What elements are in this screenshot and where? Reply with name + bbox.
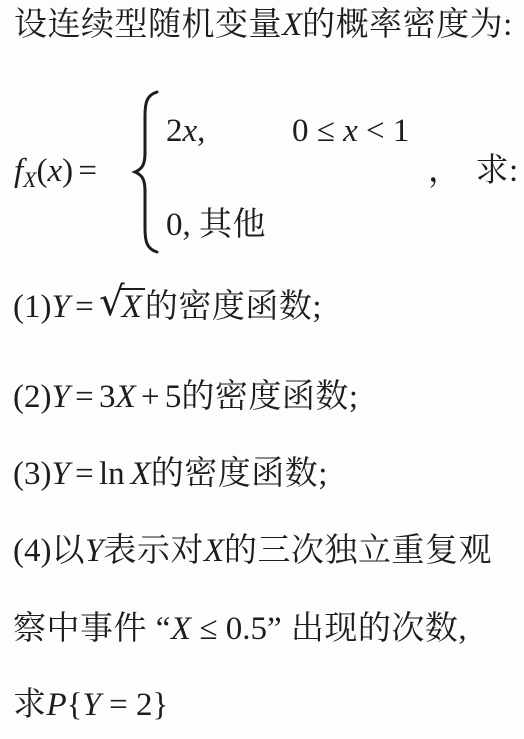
question-3-suffix: 的密度函数; (151, 456, 328, 492)
intro-text-pre: 设连续型随机变量 (14, 7, 282, 43)
function-f: f (14, 153, 23, 189)
event-condition: ≤ 0.5 (191, 611, 267, 647)
coefficient-2: 2 (166, 113, 183, 149)
variable-y: Y (83, 687, 101, 723)
comma: , (197, 113, 205, 149)
item-number-3: (3) (13, 456, 51, 492)
left-curly-brace (130, 89, 164, 255)
case1-expression: 2x, (166, 110, 205, 152)
variable-y: Y (85, 533, 103, 569)
variable-x: X (131, 456, 151, 492)
zero-value: 0, (166, 207, 199, 243)
item-number-1: (1) (13, 289, 51, 325)
variable-x: X (116, 379, 136, 415)
q4-text-tail: 的三次独立重复观 (224, 533, 492, 569)
condition-lower-bound: 0 ≤ (292, 113, 343, 149)
intro-line: 设连续型随机变量X的概率密度为: (14, 4, 513, 46)
curly-close: } (153, 687, 169, 723)
math-problem-page: 设连续型随机变量X的概率密度为: fX(x)= 2x, 0 ≤ x < 1 0,… (0, 0, 524, 739)
probability-p: P (47, 687, 67, 723)
equals-sign: = (73, 153, 102, 189)
case2-expression: 0, 其他 (166, 204, 266, 246)
q4-row2-pre: 察中事件 “ (13, 611, 171, 647)
item-number-4: (4) (13, 533, 51, 569)
case1-condition: 0 ≤ x < 1 (292, 110, 409, 152)
variable-y: Y (51, 289, 69, 325)
plus-sign: + (136, 379, 165, 415)
subscript-x: X (23, 168, 36, 192)
equation-lhs: fX(x)= (14, 150, 102, 201)
equals-two: = 2 (101, 687, 153, 723)
q4-row2-post: ” 出现的次数, (267, 611, 467, 647)
coefficient-3: 3 (99, 379, 116, 415)
question-4-row-2: 察中事件 “X ≤ 0.5” 出现的次数, (13, 608, 467, 650)
variable-x-small: x (183, 113, 198, 149)
condition-variable: x (343, 113, 358, 149)
sqrt-expression: √X (99, 286, 145, 328)
question-2: (2)Y=3X+5的密度函数; (13, 376, 359, 418)
intro-text-post: 的概率密度为: (302, 7, 513, 43)
variable-y: Y (51, 379, 69, 415)
equation-tail: ，求: (428, 150, 519, 192)
event-variable-x: X (171, 611, 191, 647)
question-4-row-1: (4)以Y表示对X的三次独立重复观 (13, 530, 492, 572)
q4-text-mid: 表示对 (103, 533, 204, 569)
question-1: (1)Y=√X的密度函数; (13, 286, 322, 328)
find-prefix: 求 (13, 687, 47, 723)
equals-sign: = (70, 379, 99, 415)
q4-text-pre: 以 (51, 533, 85, 569)
variable-x: X (204, 533, 224, 569)
variable-y: Y (51, 456, 69, 492)
constant-5: 5 (165, 379, 182, 415)
question-4-row-3: 求P{Y = 2} (13, 684, 168, 726)
equals-sign: = (70, 456, 99, 492)
condition-upper-bound: < 1 (358, 113, 410, 149)
tail-comma: ， (428, 153, 462, 189)
otherwise-text: 其他 (199, 207, 266, 243)
argument-x: x (47, 153, 62, 189)
variable-x: X (282, 7, 302, 43)
find-text: 求: (476, 153, 519, 189)
question-1-suffix: 的密度函数; (145, 289, 322, 325)
curly-open: { (67, 687, 83, 723)
ln-operator: ln (99, 456, 125, 492)
item-number-2: (2) (13, 379, 51, 415)
paren-close: ) (62, 153, 73, 189)
equals-sign: = (70, 289, 99, 325)
question-3: (3)Y=lnX的密度函数; (13, 453, 328, 495)
question-2-suffix: 的密度函数; (181, 379, 358, 415)
paren-open: ( (36, 153, 47, 189)
